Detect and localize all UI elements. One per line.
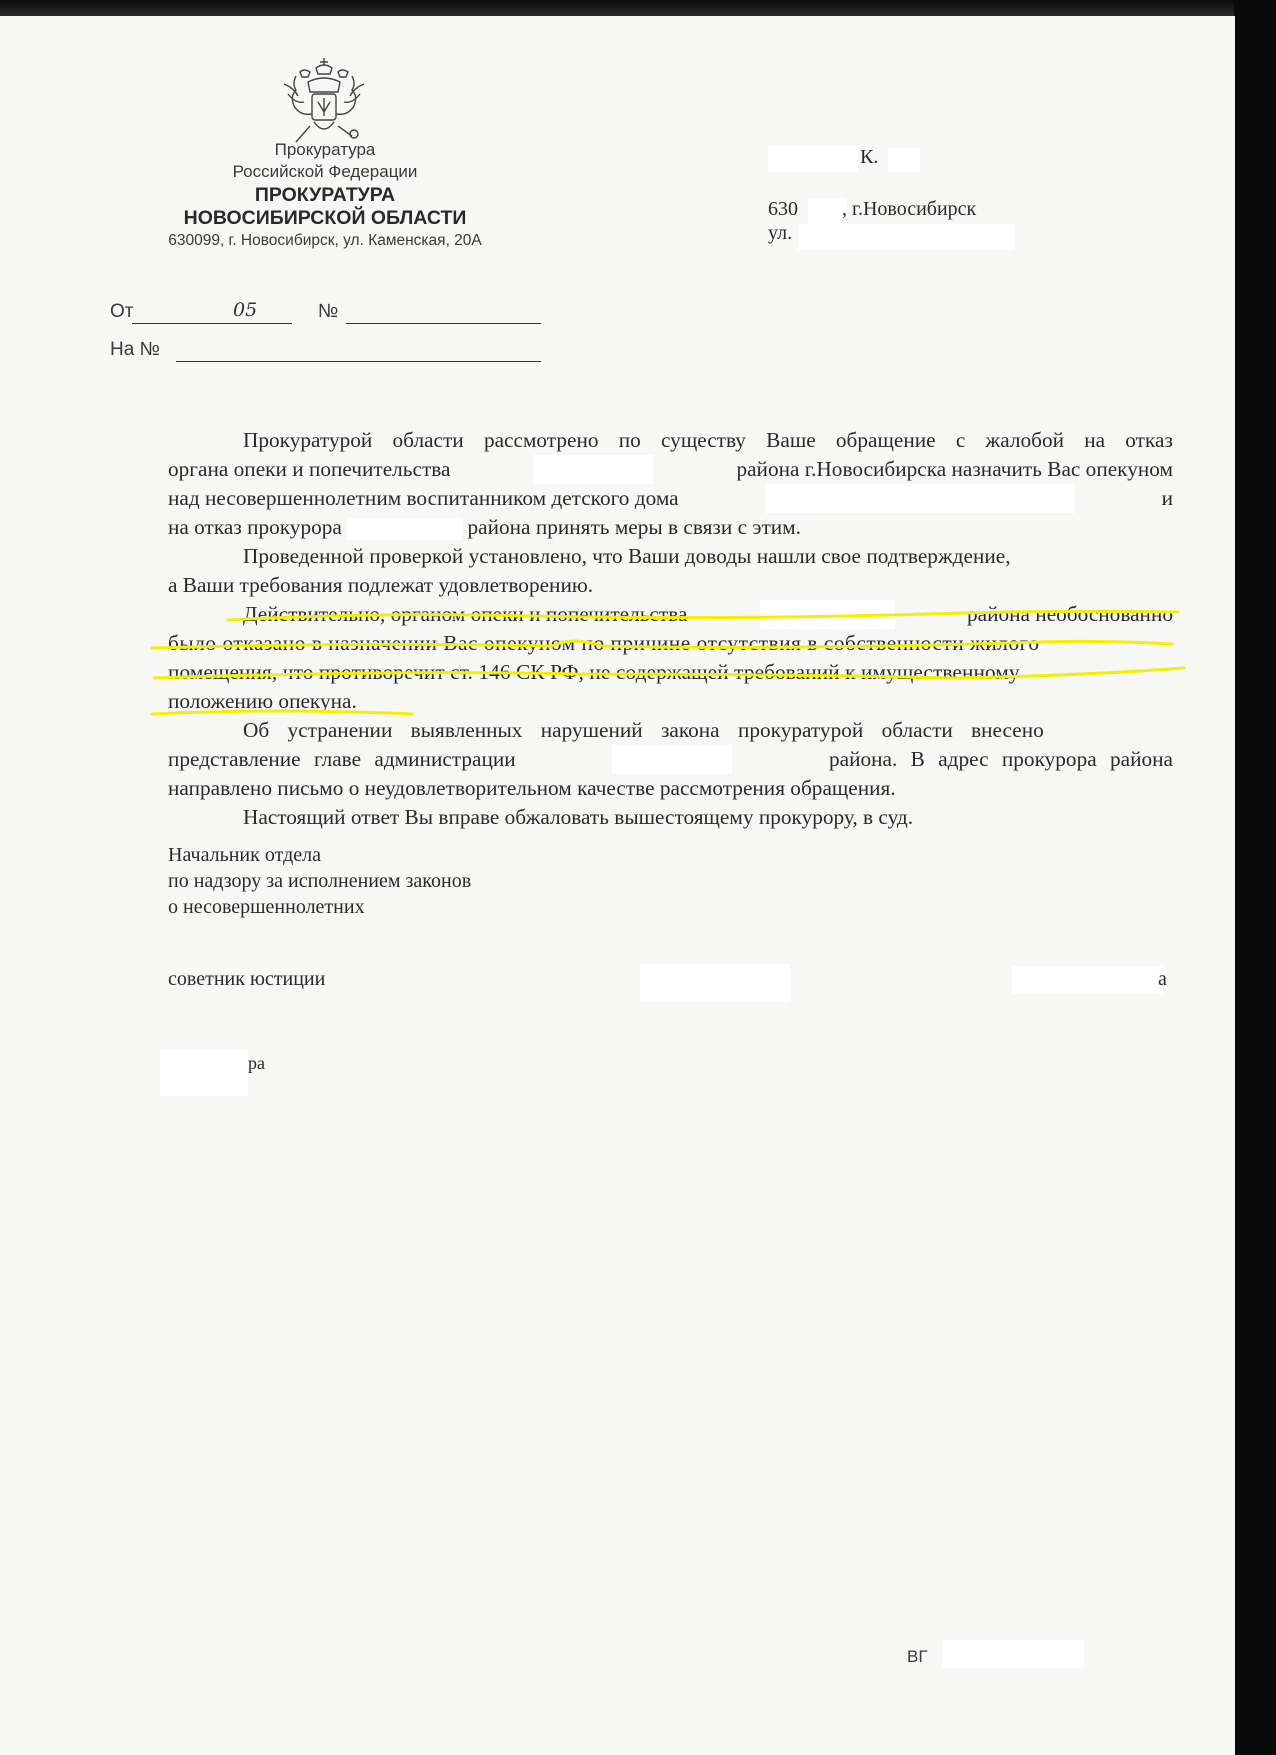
p4-line-3: направлено письмо о неудовлетворительном… (168, 774, 1173, 803)
letter-page: Прокуратура Российской Федерации ПРОКУРА… (0, 16, 1235, 1755)
scan-right-edge (1234, 0, 1276, 1755)
redacted-executor (160, 1050, 248, 1096)
signer-name-tail: а (1158, 966, 1167, 992)
p5-line-1: Настоящий ответ Вы вправе обжаловать выш… (168, 803, 1173, 832)
redacted-signature (640, 964, 790, 1002)
signer-rank: советник юстиции (168, 966, 325, 992)
redacted-footer-code (942, 1640, 1084, 1668)
signer-title-1: Начальник отдела (168, 842, 321, 868)
highlighter-marks (0, 16, 1235, 776)
executor-name-tail: ра (248, 1050, 265, 1076)
signer-title-2: по надзору за исполнением законов (168, 868, 471, 894)
scan-top-edge (0, 0, 1276, 16)
redacted-signer-name (1012, 966, 1162, 994)
footer-code-prefix: ВГ (907, 1644, 928, 1670)
signer-title-3: о несовершеннолетних (168, 894, 365, 920)
